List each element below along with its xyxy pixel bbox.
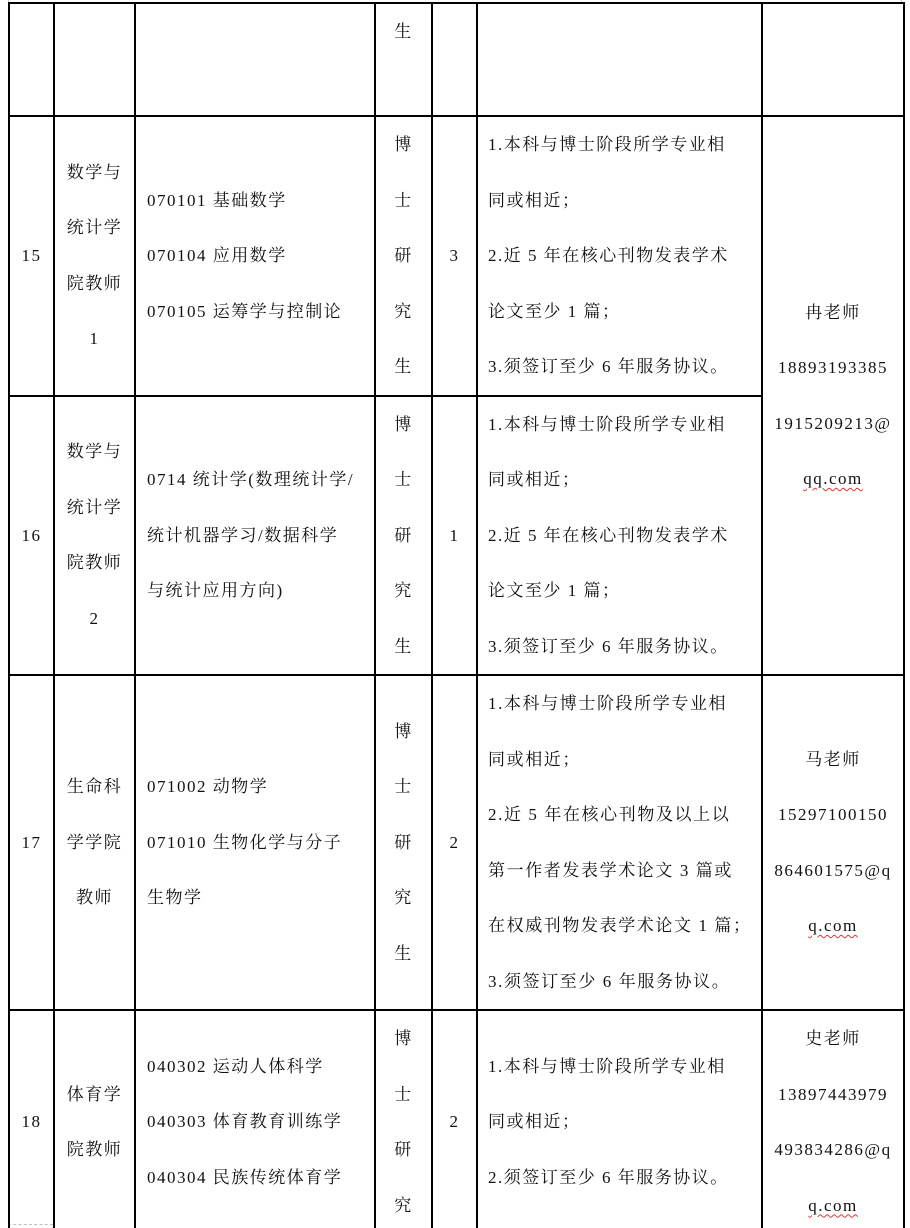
education-char: 士 — [376, 759, 431, 815]
cell-post — [54, 3, 135, 116]
contact-name: 冉老师 — [763, 285, 903, 341]
education-char: 究 — [376, 870, 431, 926]
cell-count: 2 — [432, 1010, 477, 1228]
major-line: 生物学 — [147, 870, 374, 926]
requirement-line: 3.须签订至少 6 年服务协议。 — [488, 339, 761, 395]
education-char: 博 — [376, 397, 431, 453]
contact-email: 864601575@q — [763, 843, 903, 899]
table-row-continuation: 生 — [9, 3, 904, 116]
post-line: 1 — [55, 311, 134, 367]
major-line: 040302 运动人体科学 — [147, 1039, 374, 1095]
cell-major: 071002 动物学 071010 生物化学与分子 生物学 — [135, 675, 375, 1010]
education-char: 生 — [376, 339, 431, 395]
post-line: 院教师 — [55, 535, 134, 591]
contact-email-cont: q.com — [763, 1178, 903, 1228]
post-line: 院教师 — [55, 1122, 134, 1178]
education-char: 生 — [376, 4, 431, 60]
contact-name: 史老师 — [763, 1011, 903, 1067]
requirement-line: 2.近 5 年在核心刊物发表学术 — [488, 508, 761, 564]
education-char: 研 — [376, 1122, 431, 1178]
major-line: 0714 统计学(数理统计学/ — [147, 452, 374, 508]
requirement-line: 同或相近； — [488, 732, 761, 788]
cell-post: 生命科 学学院 教师 — [54, 675, 135, 1010]
education-char: 研 — [376, 508, 431, 564]
education-char: 究 — [376, 1178, 431, 1228]
cell-education: 生 — [375, 3, 432, 116]
requirement-line: 1.本科与博士阶段所学专业相 — [488, 117, 761, 173]
cell-major: 070101 基础数学 070104 应用数学 070105 运筹学与控制论 — [135, 116, 375, 396]
contact-email-part: q.com — [808, 1196, 858, 1215]
post-line: 数学与 — [55, 145, 134, 201]
contact-phone: 15297100150 — [763, 787, 903, 843]
requirement-line: 第一作者发表学术论文 3 篇或 — [488, 843, 761, 899]
requirement-line: 同或相近； — [488, 452, 761, 508]
contact-email: 1915209213@ — [763, 396, 903, 452]
contact-email: 493834286@q — [763, 1122, 903, 1178]
major-line: 070101 基础数学 — [147, 173, 374, 229]
major-line: 071002 动物学 — [147, 759, 374, 815]
requirement-line: 同或相近； — [488, 173, 761, 229]
requirement-line: 2.近 5 年在核心刊物及以上以 — [488, 787, 761, 843]
cell-requirements: 1.本科与博士阶段所学专业相 同或相近； 2.近 5 年在核心刊物发表学术 论文… — [477, 116, 762, 396]
education-char: 士 — [376, 452, 431, 508]
post-line: 2 — [55, 591, 134, 647]
table-row: 15 数学与 统计学 院教师 1 070101 基础数学 070104 应用数学… — [9, 116, 904, 396]
cell-contact-life: 马老师 15297100150 864601575@q q.com — [762, 675, 904, 1010]
contact-email-part: qq.com — [803, 469, 863, 488]
cell-education: 博 士 研 究 生 — [375, 116, 432, 396]
cell-post: 体育学 院教师 — [54, 1010, 135, 1228]
contact-email-cont: q.com — [763, 898, 903, 954]
requirement-line: 同或相近； — [488, 1094, 761, 1150]
major-line: 统计机器学习/数据科学 — [147, 508, 374, 564]
education-char: 究 — [376, 284, 431, 340]
education-char: 生 — [376, 619, 431, 675]
requirement-line: 1.本科与博士阶段所学专业相 — [488, 676, 761, 732]
major-line: 与统计应用方向) — [147, 563, 374, 619]
major-line: 071010 生物化学与分子 — [147, 815, 374, 871]
requirement-line: 3.须签订至少 6 年服务协议。 — [488, 954, 761, 1010]
cell-major — [135, 3, 375, 116]
major-line: 040304 民族传统体育学 — [147, 1150, 374, 1206]
contact-email-cont: qq.com — [763, 451, 903, 507]
requirement-line: 1.本科与博士阶段所学专业相 — [488, 397, 761, 453]
contact-name: 马老师 — [763, 732, 903, 788]
cell-requirements: 1.本科与博士阶段所学专业相 同或相近； 2.须签订至少 6 年服务协议。 — [477, 1010, 762, 1228]
cell-count: 3 — [432, 116, 477, 396]
education-char: 士 — [376, 173, 431, 229]
requirement-line: 在权威刊物发表学术论文 1 篇； — [488, 898, 761, 954]
cell-requirements: 1.本科与博士阶段所学专业相 同或相近； 2.近 5 年在核心刊物及以上以 第一… — [477, 675, 762, 1010]
cell-no: 15 — [9, 116, 54, 396]
education-char: 士 — [376, 1067, 431, 1123]
education-char: 博 — [376, 704, 431, 760]
table-row: 17 生命科 学学院 教师 071002 动物学 071010 生物化学与分子 … — [9, 675, 904, 1010]
table-row: 18 体育学 院教师 040302 运动人体科学 040303 体育教育训练学 … — [9, 1010, 904, 1228]
requirement-line: 2.须签订至少 6 年服务协议。 — [488, 1150, 761, 1206]
post-line: 教师 — [55, 870, 134, 926]
cell-post: 数学与 统计学 院教师 1 — [54, 116, 135, 396]
cell-education: 博 士 研 究 生 — [375, 396, 432, 676]
cell-count — [432, 3, 477, 116]
post-line: 学学院 — [55, 815, 134, 871]
requirement-line: 论文至少 1 篇； — [488, 284, 761, 340]
post-line: 体育学 — [55, 1067, 134, 1123]
recruitment-table: 生 15 数学与 统计学 院教师 1 070101 基础数学 070104 应用… — [8, 2, 905, 1228]
cell-education: 博 士 研 究 — [375, 1010, 432, 1228]
cell-contact — [762, 3, 904, 116]
cell-education: 博 士 研 究 生 — [375, 675, 432, 1010]
cell-no: 18 — [9, 1010, 54, 1228]
cell-major: 0714 统计学(数理统计学/ 统计机器学习/数据科学 与统计应用方向) — [135, 396, 375, 676]
post-line: 生命科 — [55, 759, 134, 815]
cell-requirements: 1.本科与博士阶段所学专业相 同或相近； 2.近 5 年在核心刊物发表学术 论文… — [477, 396, 762, 676]
cell-contact-math: 冉老师 18893193385 1915209213@ qq.com — [762, 116, 904, 675]
post-line: 院教师 — [55, 256, 134, 312]
contact-email-part: q.com — [808, 916, 858, 935]
requirement-line: 3.须签订至少 6 年服务协议。 — [488, 619, 761, 675]
contact-phone: 18893193385 — [763, 340, 903, 396]
education-char: 博 — [376, 117, 431, 173]
cell-major: 040302 运动人体科学 040303 体育教育训练学 040304 民族传统… — [135, 1010, 375, 1228]
major-line: 070104 应用数学 — [147, 228, 374, 284]
cell-post: 数学与 统计学 院教师 2 — [54, 396, 135, 676]
education-char: 生 — [376, 926, 431, 982]
cell-count: 2 — [432, 675, 477, 1010]
requirement-line: 1.本科与博士阶段所学专业相 — [488, 1039, 761, 1095]
requirement-line: 2.近 5 年在核心刊物发表学术 — [488, 228, 761, 284]
education-char: 研 — [376, 228, 431, 284]
education-char: 博 — [376, 1011, 431, 1067]
cell-count: 1 — [432, 396, 477, 676]
post-line: 统计学 — [55, 480, 134, 536]
contact-email-part: 493834286@q — [774, 1140, 891, 1159]
cell-no — [9, 3, 54, 116]
major-line: 070105 运筹学与控制论 — [147, 284, 374, 340]
cell-no: 16 — [9, 396, 54, 676]
cell-contact-sport: 史老师 13897443979 493834286@q q.com — [762, 1010, 904, 1228]
post-line: 数学与 — [55, 424, 134, 480]
education-char: 究 — [376, 563, 431, 619]
contact-email-part: 864601575@q — [774, 861, 891, 880]
requirement-line: 论文至少 1 篇； — [488, 563, 761, 619]
major-line: 040303 体育教育训练学 — [147, 1094, 374, 1150]
contact-phone: 13897443979 — [763, 1067, 903, 1123]
education-char: 研 — [376, 815, 431, 871]
cell-no: 17 — [9, 675, 54, 1010]
cell-requirements — [477, 3, 762, 116]
contact-email-part: 1915209213@ — [774, 414, 891, 433]
post-line: 统计学 — [55, 200, 134, 256]
